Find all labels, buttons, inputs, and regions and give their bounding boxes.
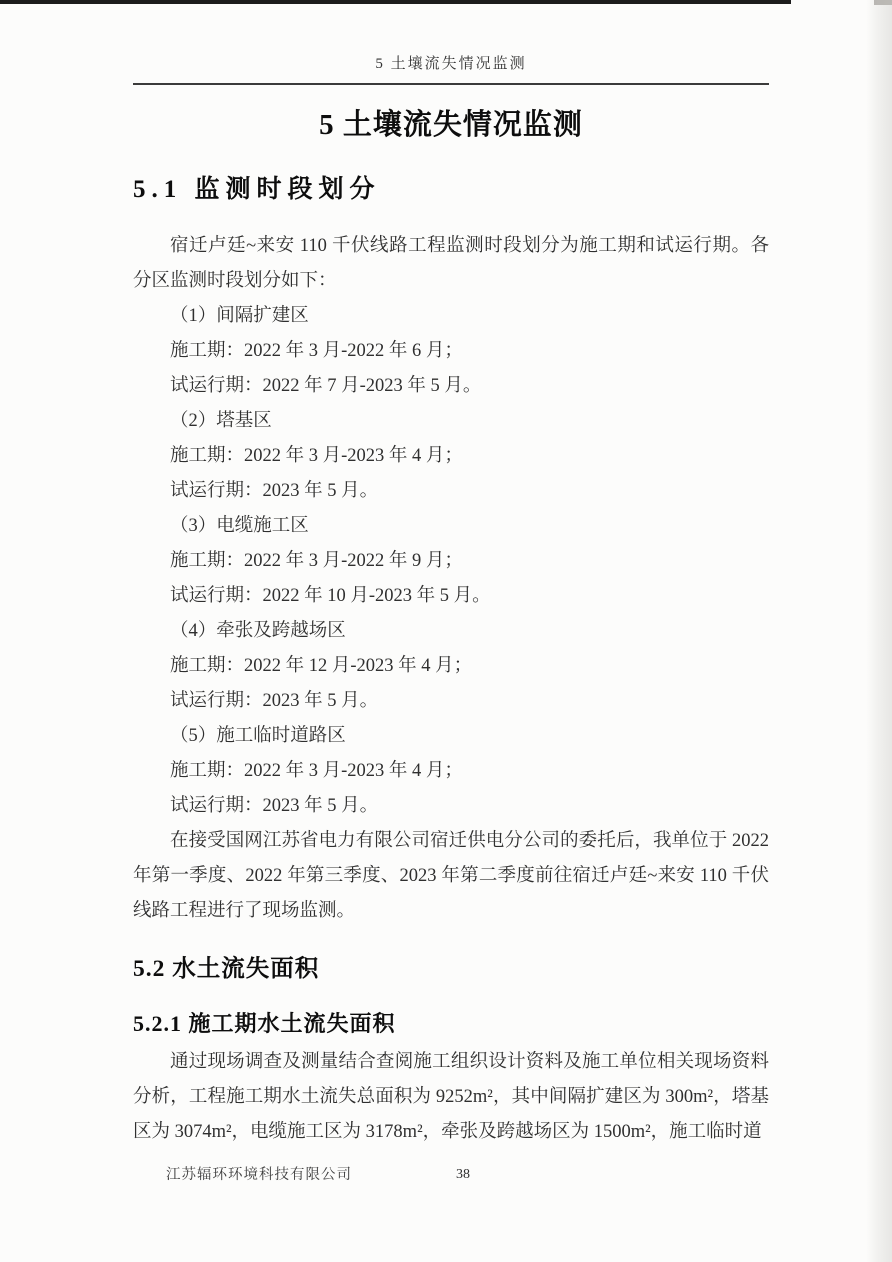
running-header: 5 土壤流失情况监测 — [133, 0, 769, 73]
section-5-1-body: 宿迁卢廷~来安 110 千伏线路工程监测时段划分为施工期和试运行期。各分区监测时… — [133, 229, 769, 929]
paragraph: 试运行期：2022 年 10 月-2023 年 5 月。 — [133, 579, 769, 614]
paragraph: 施工期：2022 年 3 月-2022 年 6 月； — [133, 334, 769, 369]
chapter-title: 5 土壤流失情况监测 — [133, 106, 769, 144]
footer-company-name: 江苏辐环环境科技有限公司 — [166, 1163, 352, 1187]
header-rule — [133, 83, 769, 85]
paragraph: 施工期：2022 年 3 月-2023 年 4 月； — [133, 439, 769, 474]
paragraph: 在接受国网江苏省电力有限公司宿迁供电分公司的委托后，我单位于 2022 年第一季… — [133, 824, 769, 929]
paragraph: 通过现场调查及测量结合查阅施工组织设计资料及施工单位相关现场资料分析，工程施工期… — [133, 1045, 769, 1150]
paragraph: 宿迁卢廷~来安 110 千伏线路工程监测时段划分为施工期和试运行期。各分区监测时… — [133, 229, 769, 299]
document-page: 5 土壤流失情况监测 5 土壤流失情况监测 5.1 监测时段划分 宿迁卢廷~来安… — [0, 0, 892, 1262]
paragraph: 施工期：2022 年 3 月-2022 年 9 月； — [133, 544, 769, 579]
paragraph: 试运行期：2022 年 7 月-2023 年 5 月。 — [133, 369, 769, 404]
paragraph: （5）施工临时道路区 — [133, 719, 769, 754]
paragraph: 试运行期：2023 年 5 月。 — [133, 684, 769, 719]
section-heading-5-2: 5.2 水土流失面积 — [133, 954, 769, 985]
paragraph: （2）塔基区 — [133, 404, 769, 439]
paragraph: 试运行期：2023 年 5 月。 — [133, 789, 769, 824]
paragraph: 施工期：2022 年 12 月-2023 年 4 月； — [133, 649, 769, 684]
paragraph: 施工期：2022 年 3 月-2023 年 4 月； — [133, 754, 769, 789]
paragraph: （4）牵张及跨越场区 — [133, 614, 769, 649]
page-content: 5 土壤流失情况监测 5 土壤流失情况监测 5.1 监测时段划分 宿迁卢廷~来安… — [133, 0, 769, 1150]
paragraph: （3）电缆施工区 — [133, 509, 769, 544]
section-heading-5-2-1: 5.2.1 施工期水土流失面积 — [133, 1009, 769, 1038]
paragraph: 试运行期：2023 年 5 月。 — [133, 474, 769, 509]
section-heading-5-1: 5.1 监测时段划分 — [133, 173, 769, 206]
paragraph: （1）间隔扩建区 — [133, 299, 769, 334]
section-5-2-1-body: 通过现场调查及测量结合查阅施工组织设计资料及施工单位相关现场资料分析，工程施工期… — [133, 1045, 769, 1150]
page-footer: 38 江苏辐环环境科技有限公司 — [133, 1163, 769, 1187]
scan-artifact-right-edge — [866, 0, 892, 1262]
